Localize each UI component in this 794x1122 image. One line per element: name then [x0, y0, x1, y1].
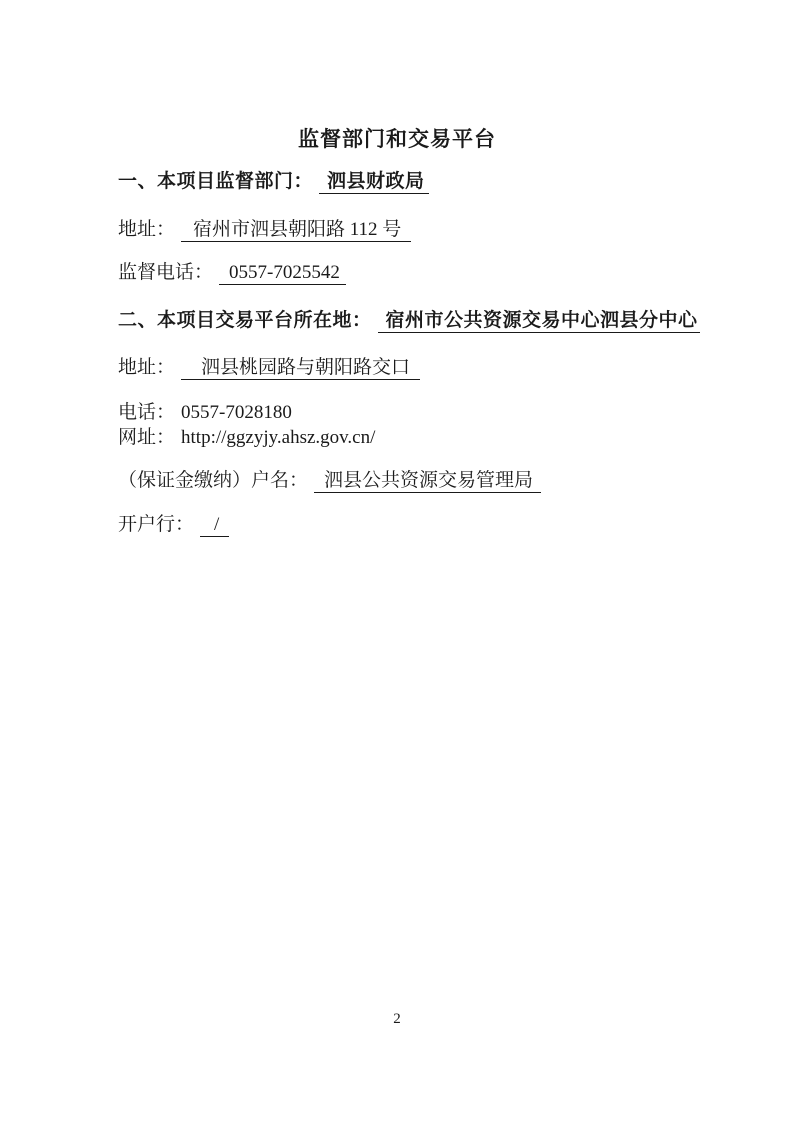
- platform-heading-label: 二、本项目交易平台所在地：: [118, 310, 372, 331]
- supervisor-heading-label: 一、本项目监督部门：: [118, 171, 313, 192]
- platform-address-value: 泗县桃园路与朝阳路交口: [181, 357, 420, 380]
- supervisor-phone-label: 监督电话：: [118, 262, 213, 283]
- document-page: 监督部门和交易平台 一、本项目监督部门：泗县财政局 地址：宿州市泗县朝阳路 11…: [0, 0, 794, 1122]
- deposit-bank-label: 开户行：: [118, 514, 194, 535]
- deposit-account-value: 泗县公共资源交易管理局: [314, 470, 541, 493]
- platform-address-line: 地址：泗县桃园路与朝阳路交口: [118, 356, 734, 380]
- platform-website-value: http://ggzyjy.ahsz.gov.cn/: [181, 427, 375, 448]
- supervisor-heading-line: 一、本项目监督部门：泗县财政局: [118, 170, 734, 194]
- deposit-bank-value: /: [200, 514, 229, 537]
- platform-address-label: 地址：: [118, 357, 175, 378]
- platform-location-value: 宿州市公共资源交易中心泗县分中心: [378, 310, 700, 333]
- supervisor-phone-line: 监督电话：0557-7025542: [118, 261, 734, 285]
- platform-phone-line: 电话：0557-7028180: [118, 401, 734, 425]
- platform-phone-label: 电话：: [118, 402, 175, 423]
- platform-website-line: 网址：http://ggzyjy.ahsz.gov.cn/: [118, 426, 734, 450]
- deposit-account-line: （保证金缴纳）户名：泗县公共资源交易管理局: [118, 469, 734, 493]
- page-number: 2: [0, 1011, 794, 1028]
- platform-phone-value: 0557-7028180: [181, 402, 292, 423]
- deposit-bank-line: 开户行：/: [118, 513, 734, 537]
- platform-website-label: 网址：: [118, 427, 175, 448]
- supervisor-phone-value: 0557-7025542: [219, 262, 346, 285]
- platform-heading-line: 二、本项目交易平台所在地：宿州市公共资源交易中心泗县分中心: [118, 309, 734, 333]
- supervisor-address-value: 宿州市泗县朝阳路 112 号: [181, 219, 411, 242]
- supervisor-address-label: 地址：: [118, 219, 175, 240]
- deposit-account-label: （保证金缴纳）户名：: [118, 470, 308, 491]
- supervisor-address-line: 地址：宿州市泗县朝阳路 112 号: [118, 218, 734, 242]
- supervisor-department-value: 泗县财政局: [319, 171, 429, 194]
- page-title: 监督部门和交易平台: [0, 123, 794, 153]
